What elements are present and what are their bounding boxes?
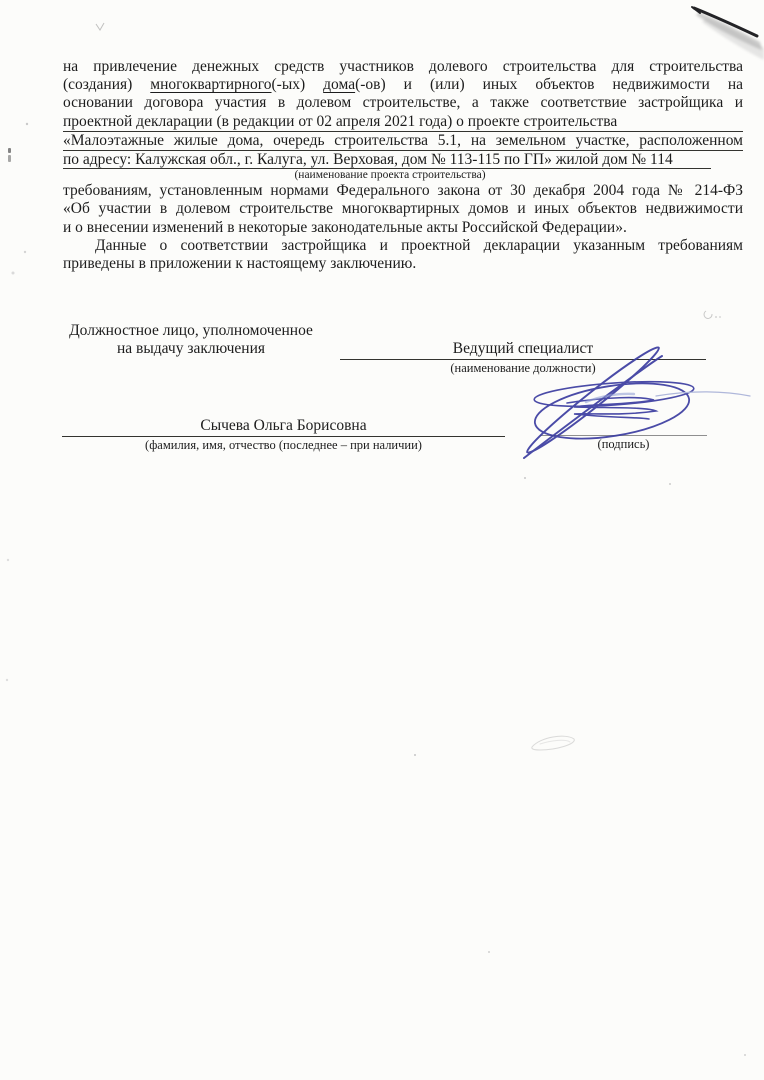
name-value: Сычева Ольга Борисовна	[62, 416, 505, 437]
project-name-line: по адресу: Калужская обл., г. Калуга, ул…	[63, 151, 743, 169]
paragraph-line: «Об участии в долевом строительстве мног…	[63, 200, 743, 218]
position-caption: (наименование должности)	[340, 360, 706, 376]
text-segment: (-ов) и (или) иных объектов недвижимости…	[355, 76, 743, 93]
name-caption: (фамилия, имя, отчество (последнее – при…	[62, 437, 505, 453]
project-name-caption: (наименование проекта строительства)	[63, 169, 743, 182]
paragraph-line: и о внесении изменений в некоторые закон…	[63, 219, 743, 237]
signature-caption: (подпись)	[540, 436, 707, 452]
body-text: на привлечение денежных средств участник…	[63, 58, 743, 273]
smudge-artifact	[532, 736, 574, 750]
underlined-word: дома	[323, 76, 355, 93]
paragraph-line: Данные о соответствии застройщика и прое…	[63, 237, 743, 255]
official-role-line2: на выдачу заключения	[66, 340, 316, 358]
paragraph-line: приведены в приложении к настоящему закл…	[63, 255, 743, 273]
official-role-label: Должностное лицо, уполномоченное на выда…	[66, 322, 316, 359]
text-segment: (создания)	[63, 76, 150, 93]
underlined-word: многоквартирного	[150, 76, 271, 93]
paragraph-line: основании договора участия в долевом стр…	[63, 94, 743, 112]
paragraph-line-with-rule: проектной декларации (в редакции от 02 а…	[63, 113, 743, 132]
position-field: Ведущий специалист (наименование должнос…	[340, 339, 706, 376]
corner-fold-artifact	[692, 7, 764, 60]
signature-line	[540, 420, 707, 436]
name-field: Сычева Ольга Борисовна (фамилия, имя, от…	[62, 416, 505, 453]
text-segment: (-ых)	[272, 76, 324, 93]
paragraph-line: (создания) многоквартирного(-ых) дома(-о…	[63, 76, 743, 94]
paragraph-line: требованиям, установленным нормами Федер…	[63, 182, 743, 200]
paragraph-line: на привлечение денежных средств участник…	[63, 58, 743, 76]
scanned-document-page: на привлечение денежных средств участник…	[0, 0, 764, 1080]
position-value: Ведущий специалист	[340, 339, 706, 360]
official-role-line1: Должностное лицо, уполномоченное	[66, 322, 316, 340]
signature-field: (подпись)	[540, 420, 707, 452]
project-name-line: «Малоэтажные жилые дома, очередь строите…	[63, 132, 743, 151]
